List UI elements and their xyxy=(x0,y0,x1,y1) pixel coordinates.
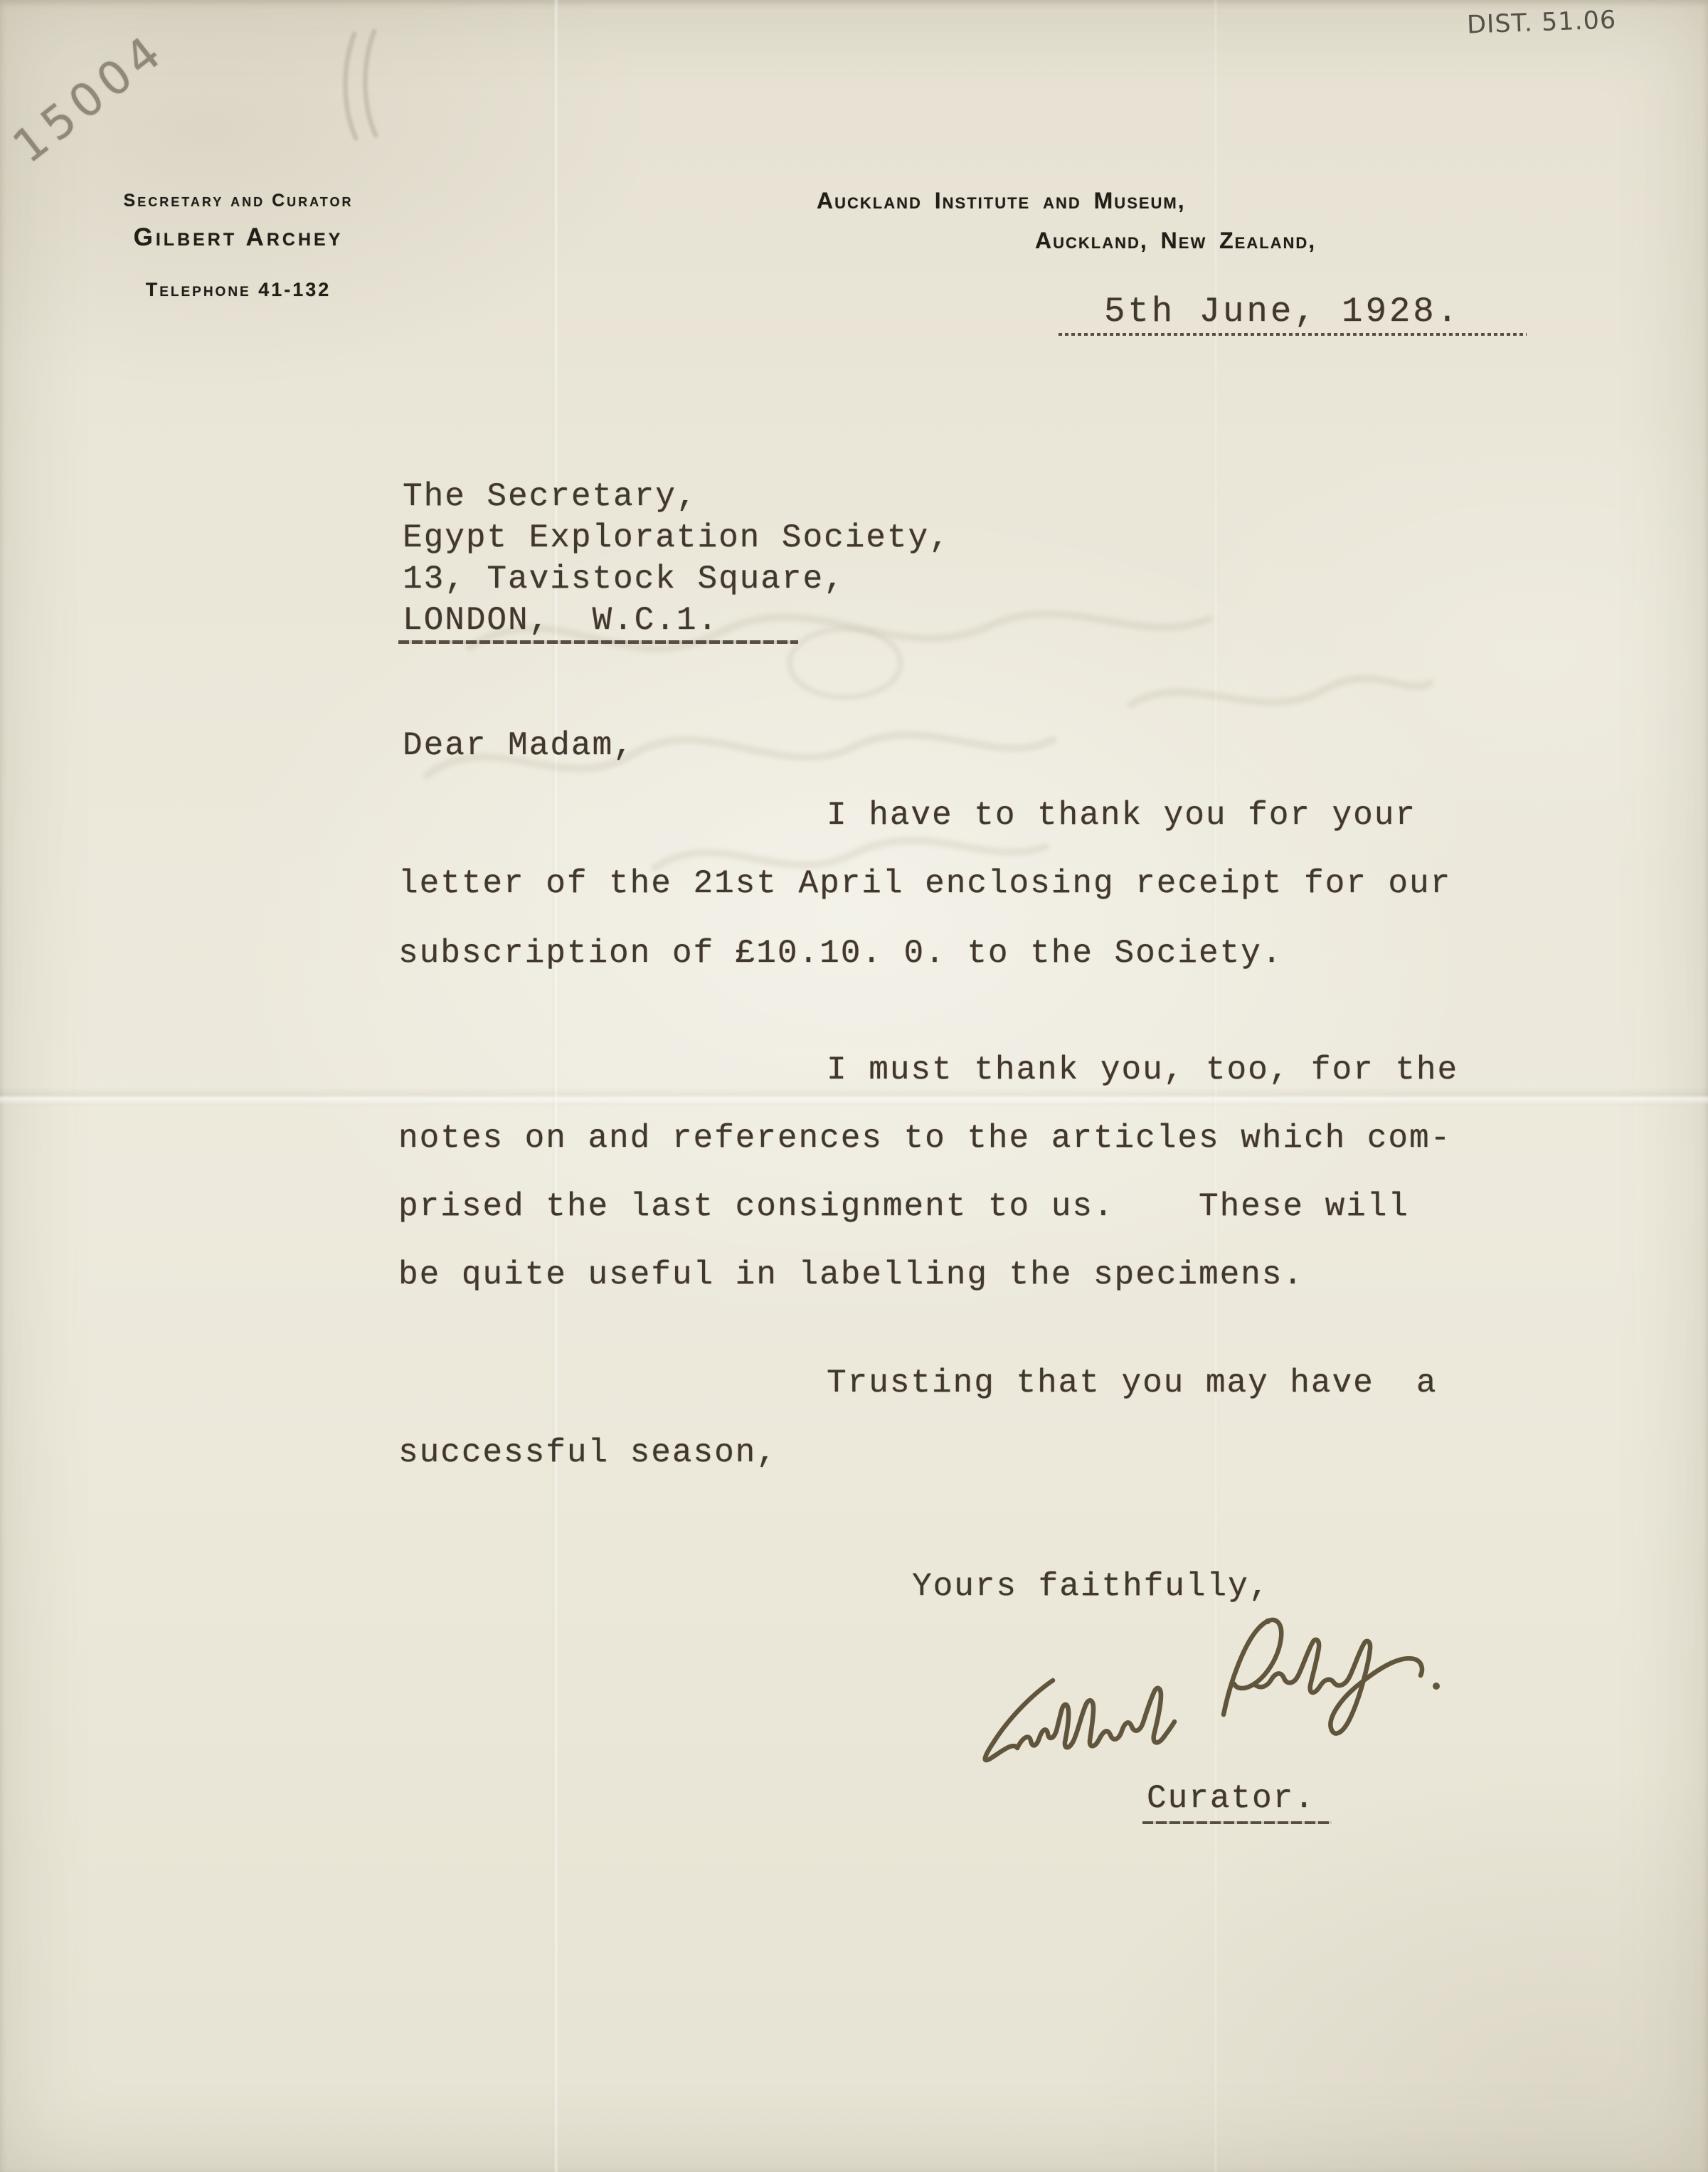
body-line: successful season, xyxy=(398,1434,778,1471)
letter-page: 15004 DIST. 51.06 Secretary and Curator … xyxy=(0,0,1708,2172)
recipient-line: Egypt Exploration Society, xyxy=(403,519,950,556)
recipient-underline xyxy=(398,640,798,644)
date-underline xyxy=(1059,333,1527,336)
signature-gilbert-archey xyxy=(946,1606,1487,1781)
recipient-line: LONDON, W.C.1. xyxy=(403,602,718,639)
body-line: prised the last consignment to us. These… xyxy=(398,1188,1409,1225)
body-line: letter of the 21st April enclosing recei… xyxy=(398,865,1451,902)
date-line: 5th June, 1928. xyxy=(1104,292,1460,332)
letterhead-institution: Auckland Institute and Museum, xyxy=(817,188,1186,214)
body-line: Trusting that you may have a xyxy=(827,1365,1438,1402)
body-line: be quite useful in labelling the specime… xyxy=(398,1256,1304,1293)
body-line: I have to thank you for your xyxy=(827,797,1416,834)
letterhead-role: Secretary and Curator xyxy=(100,191,377,211)
body-line: subscription of £10.10. 0. to the Societ… xyxy=(398,935,1283,972)
body-line: notes on and references to the articles … xyxy=(398,1120,1451,1157)
signer-title-underline xyxy=(1142,1821,1332,1824)
stray-pencil-stroke xyxy=(313,28,413,149)
dist-code-annotation: DIST. 51.06 xyxy=(1466,6,1616,39)
vertical-fold-crease xyxy=(553,0,559,2172)
horizontal-fold-crease xyxy=(0,1087,1708,1106)
recipient-line: 13, Tavistock Square, xyxy=(403,561,845,598)
recipient-line: The Secretary, xyxy=(403,478,697,515)
letterhead-telephone: Telephone 41-132 xyxy=(100,279,377,301)
signer-title: Curator. xyxy=(1147,1780,1315,1817)
letterhead-location: Auckland, New Zealand, xyxy=(1035,228,1316,254)
letterhead-name: Gilbert Archey xyxy=(85,223,391,252)
body-line: I must thank you, too, for the xyxy=(827,1051,1458,1088)
salutation: Dear Madam, xyxy=(403,727,635,764)
archive-number-annotation: 15004 xyxy=(4,23,175,174)
closing: Yours faithfully, xyxy=(912,1568,1270,1605)
